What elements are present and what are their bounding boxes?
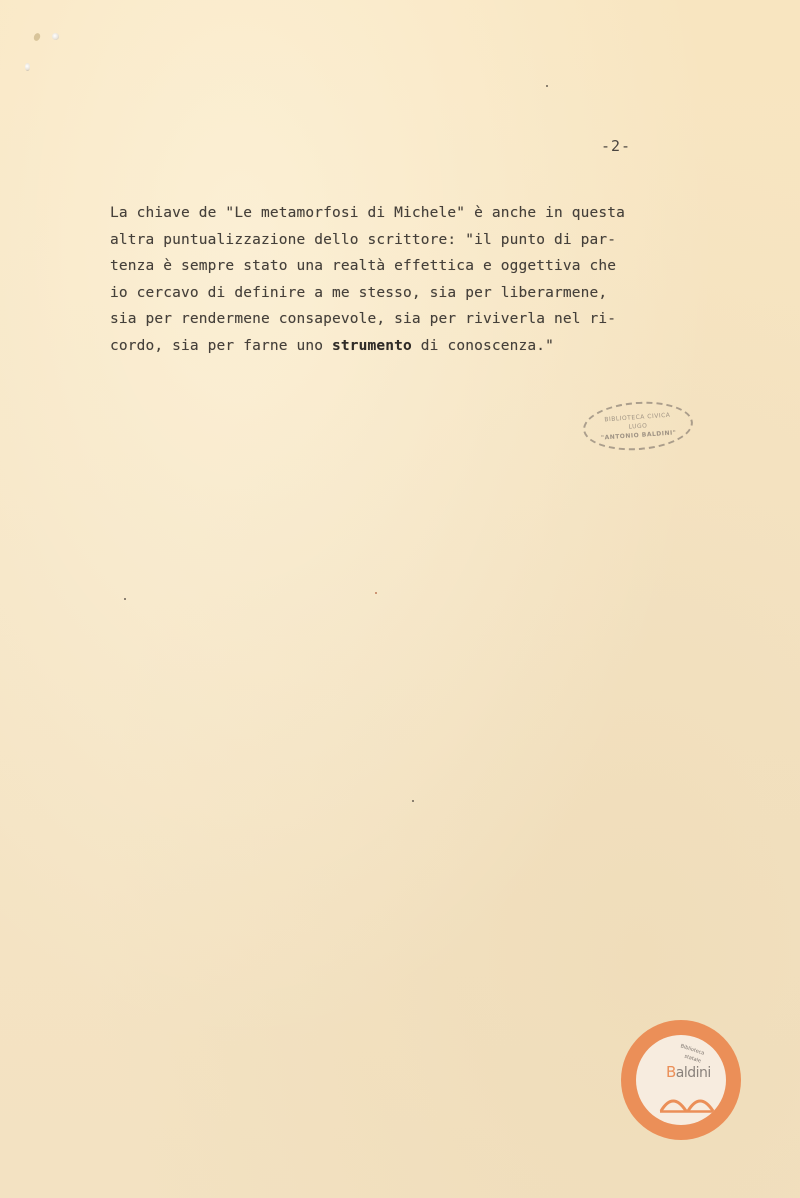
library-stamp: BIBLIOTECA CIVICA LUGO "ANTONIO BALDINI" — [581, 398, 694, 454]
paragraph-last-line: cordo, sia per farne uno strumento di co… — [110, 333, 680, 360]
paragraph-line-end: di conoscenza." — [412, 338, 554, 354]
logo-subtitle: Biblioteca — [680, 1043, 705, 1056]
logo-name: Baldini — [666, 1063, 711, 1081]
paper-speck — [412, 800, 414, 802]
paper-speck — [546, 85, 548, 87]
paragraph-line: altra puntualizzazione dello scrittore: … — [110, 227, 680, 254]
pin-hole-mark — [33, 32, 42, 42]
paragraph-line: sia per rendermene consapevole, sia per … — [110, 306, 680, 333]
logo-inner-circle: Biblioteca statale Baldini — [636, 1035, 726, 1125]
paper-speck — [375, 592, 377, 594]
stamp-bottom-text: "ANTONIO BALDINI" — [601, 428, 677, 442]
book-arches-icon — [659, 1093, 715, 1113]
pin-hole-mark — [52, 33, 59, 40]
emphasized-word: strumento — [332, 338, 412, 354]
typewritten-paragraph: La chiave de "Le metamorfosi di Michele"… — [110, 200, 680, 359]
paragraph-line-start: cordo, sia per farne uno — [110, 338, 332, 354]
paragraph-line: tenza è sempre stato una realtà effettic… — [110, 253, 680, 280]
logo-name-rest: aldini — [676, 1065, 711, 1081]
baldini-library-logo: Biblioteca statale Baldini — [621, 1020, 741, 1140]
page-number: -2- — [601, 137, 631, 155]
document-page: -2- La chiave de "Le metamorfosi di Mich… — [0, 0, 800, 1198]
logo-initial: B — [666, 1063, 676, 1081]
paragraph-line: io cercavo di definire a me stesso, sia … — [110, 280, 680, 307]
paragraph-line: La chiave de "Le metamorfosi di Michele"… — [110, 200, 680, 227]
pin-hole-mark — [25, 63, 30, 71]
paper-speck — [124, 598, 126, 600]
